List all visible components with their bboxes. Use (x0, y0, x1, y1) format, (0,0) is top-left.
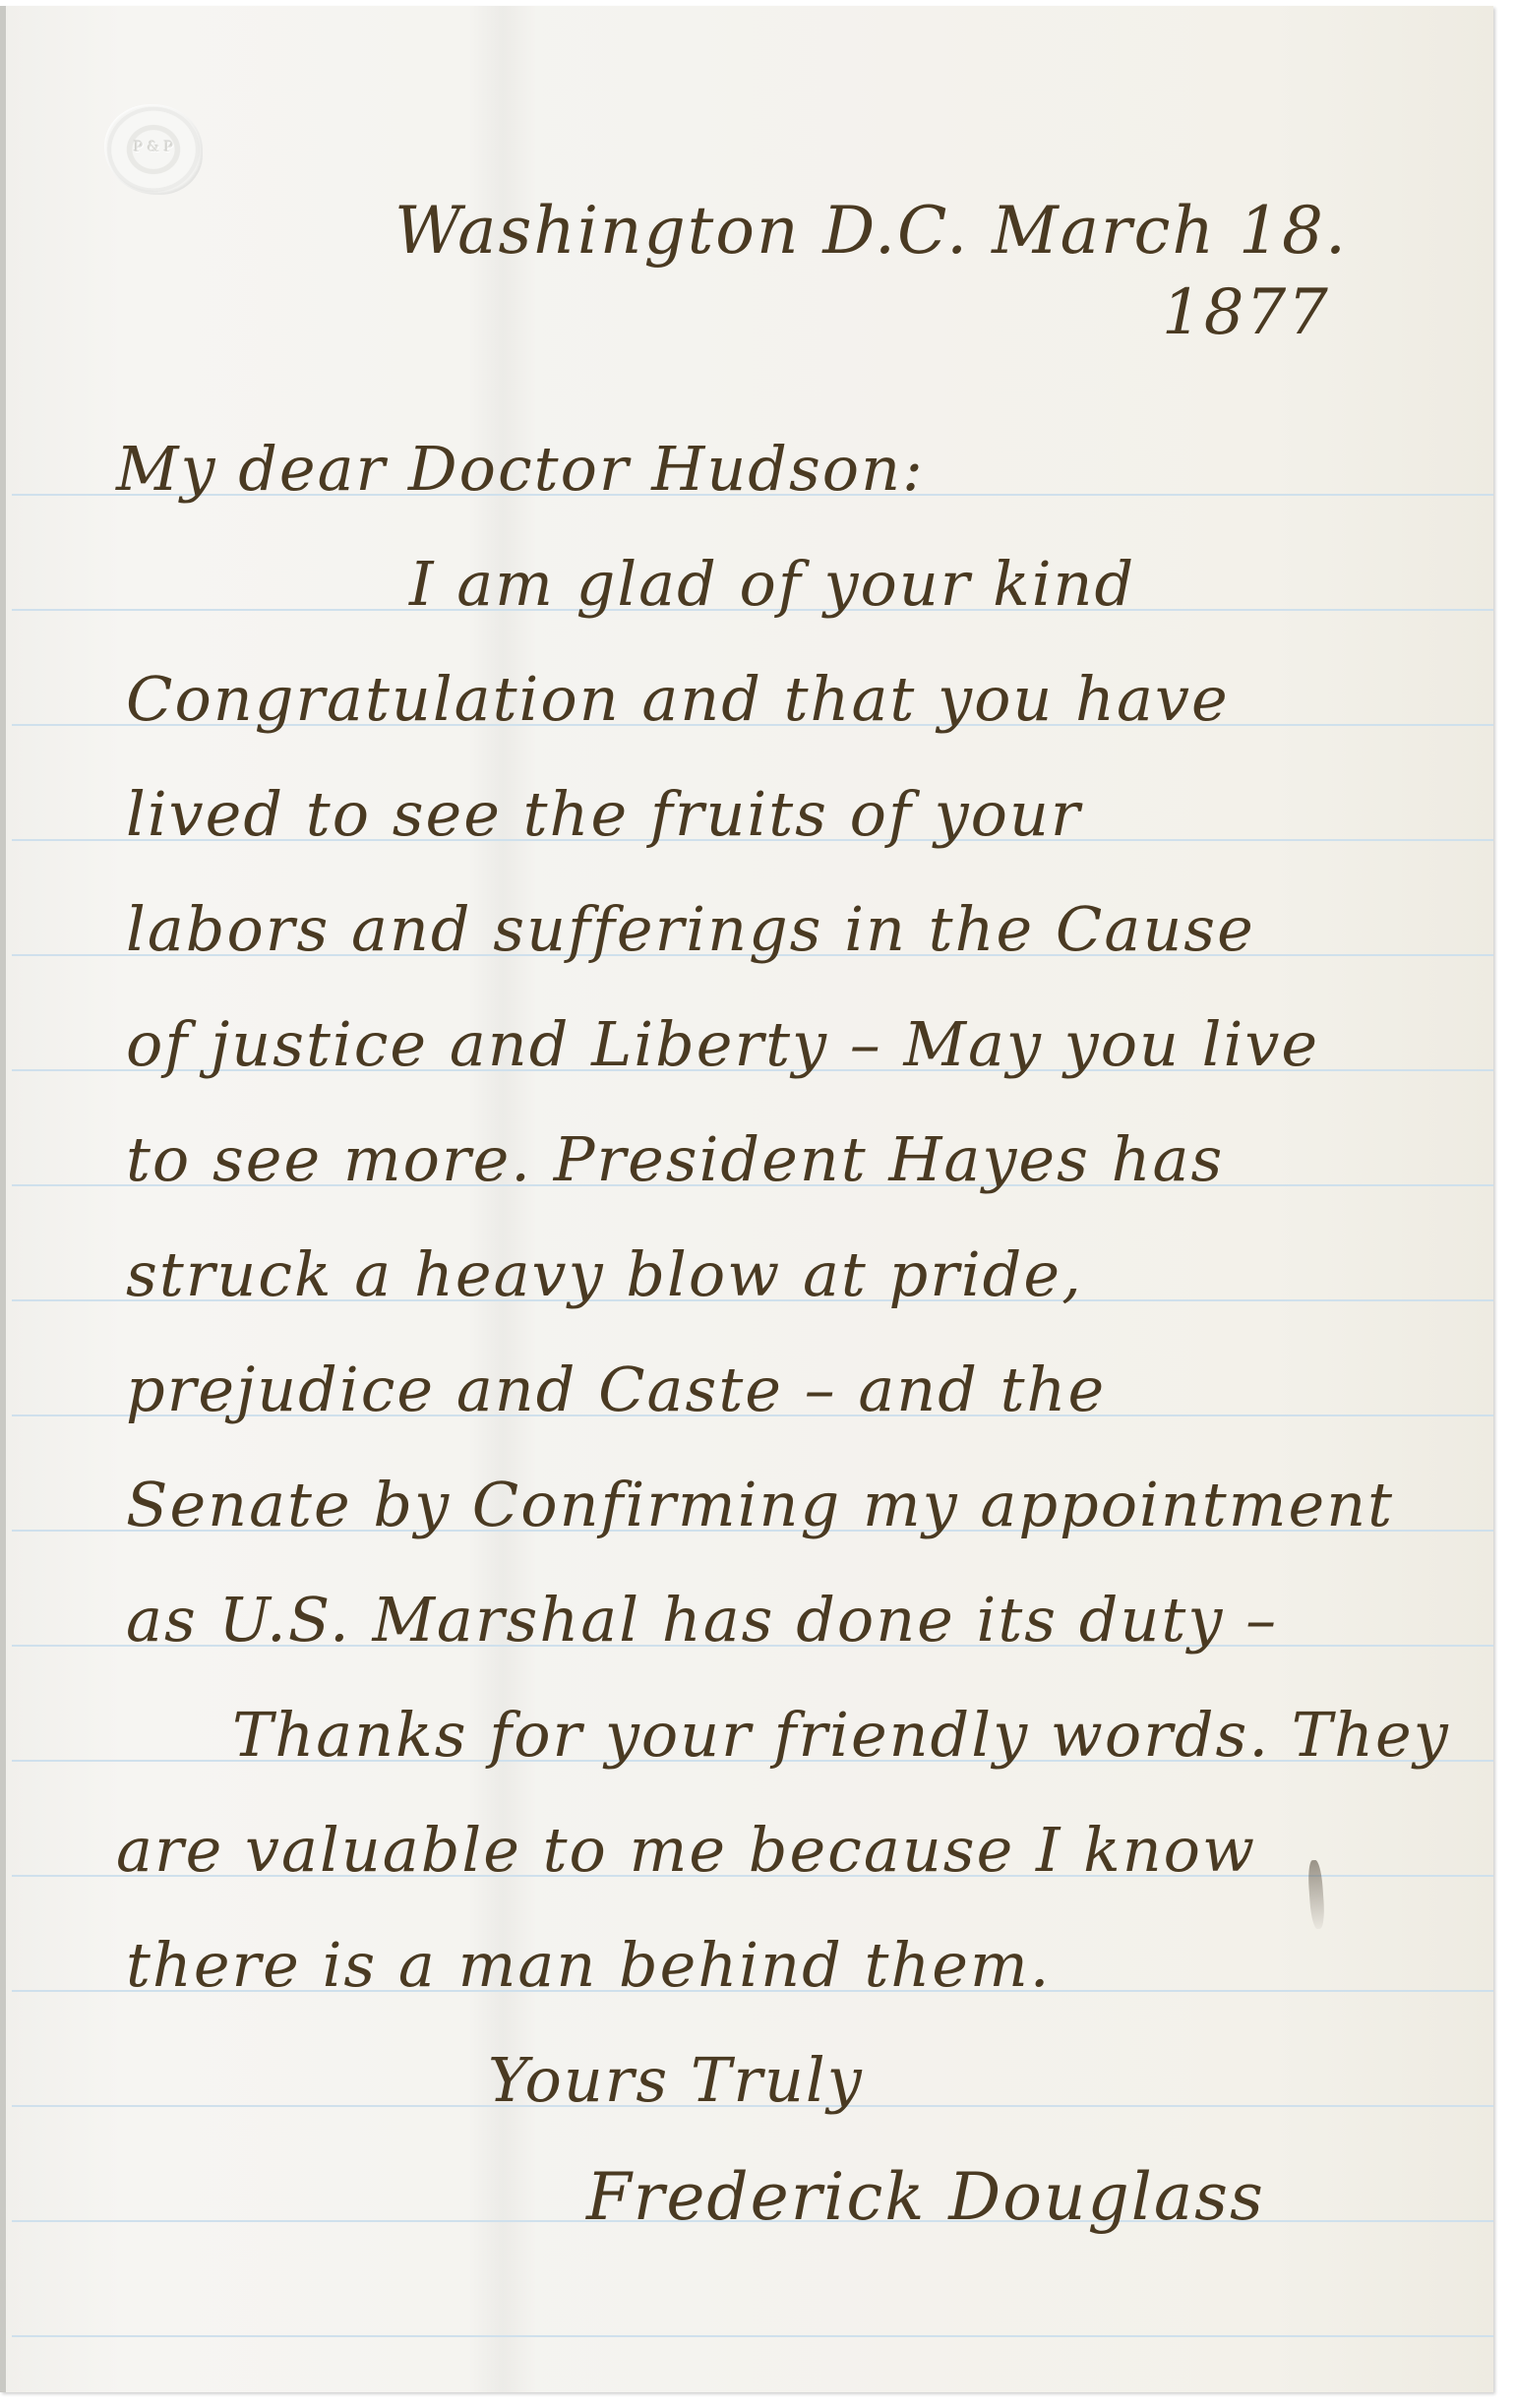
dateline-year: 1877 (1162, 281, 1330, 344)
ink-smudge (1307, 1860, 1326, 1930)
body-line: Thanks for your friendly words. They (232, 1705, 1450, 1766)
signature: Frederick Douglass (586, 2165, 1265, 2230)
body-line: Senate by Confirming my appointment (126, 1475, 1394, 1535)
body-line: Congratulation and that you have (126, 669, 1230, 730)
salutation: My dear Doctor Hudson: (116, 439, 925, 500)
body-line: lived to see the fruits of your (126, 784, 1082, 845)
body-line: as U.S. Marshal has done its duty – (126, 1590, 1278, 1651)
paper-fold-shadow (468, 6, 537, 2392)
emboss-monogram: P & P (104, 140, 203, 155)
body-line: to see more. President Hayes has (126, 1129, 1224, 1190)
body-line: there is a man behind them. (126, 1935, 1052, 1996)
closing: Yours Truly (488, 2050, 864, 2111)
letter-page: P & P Washington D.C. March 18. 1877 My … (0, 6, 1493, 2392)
body-line: of justice and Liberty – May you live (126, 1014, 1319, 1075)
ruled-line (12, 2335, 1493, 2337)
embossed-stationer-seal-icon: P & P (104, 104, 203, 195)
dateline-place-date: Washington D.C. March 18. (394, 199, 1348, 264)
body-line: are valuable to me because I know (116, 1820, 1256, 1881)
body-line: struck a heavy blow at pride, (126, 1244, 1083, 1305)
body-line: labors and sufferings in the Cause (126, 899, 1255, 960)
body-line: I am glad of your kind (409, 554, 1135, 615)
body-line: prejudice and Caste – and the (126, 1359, 1106, 1420)
